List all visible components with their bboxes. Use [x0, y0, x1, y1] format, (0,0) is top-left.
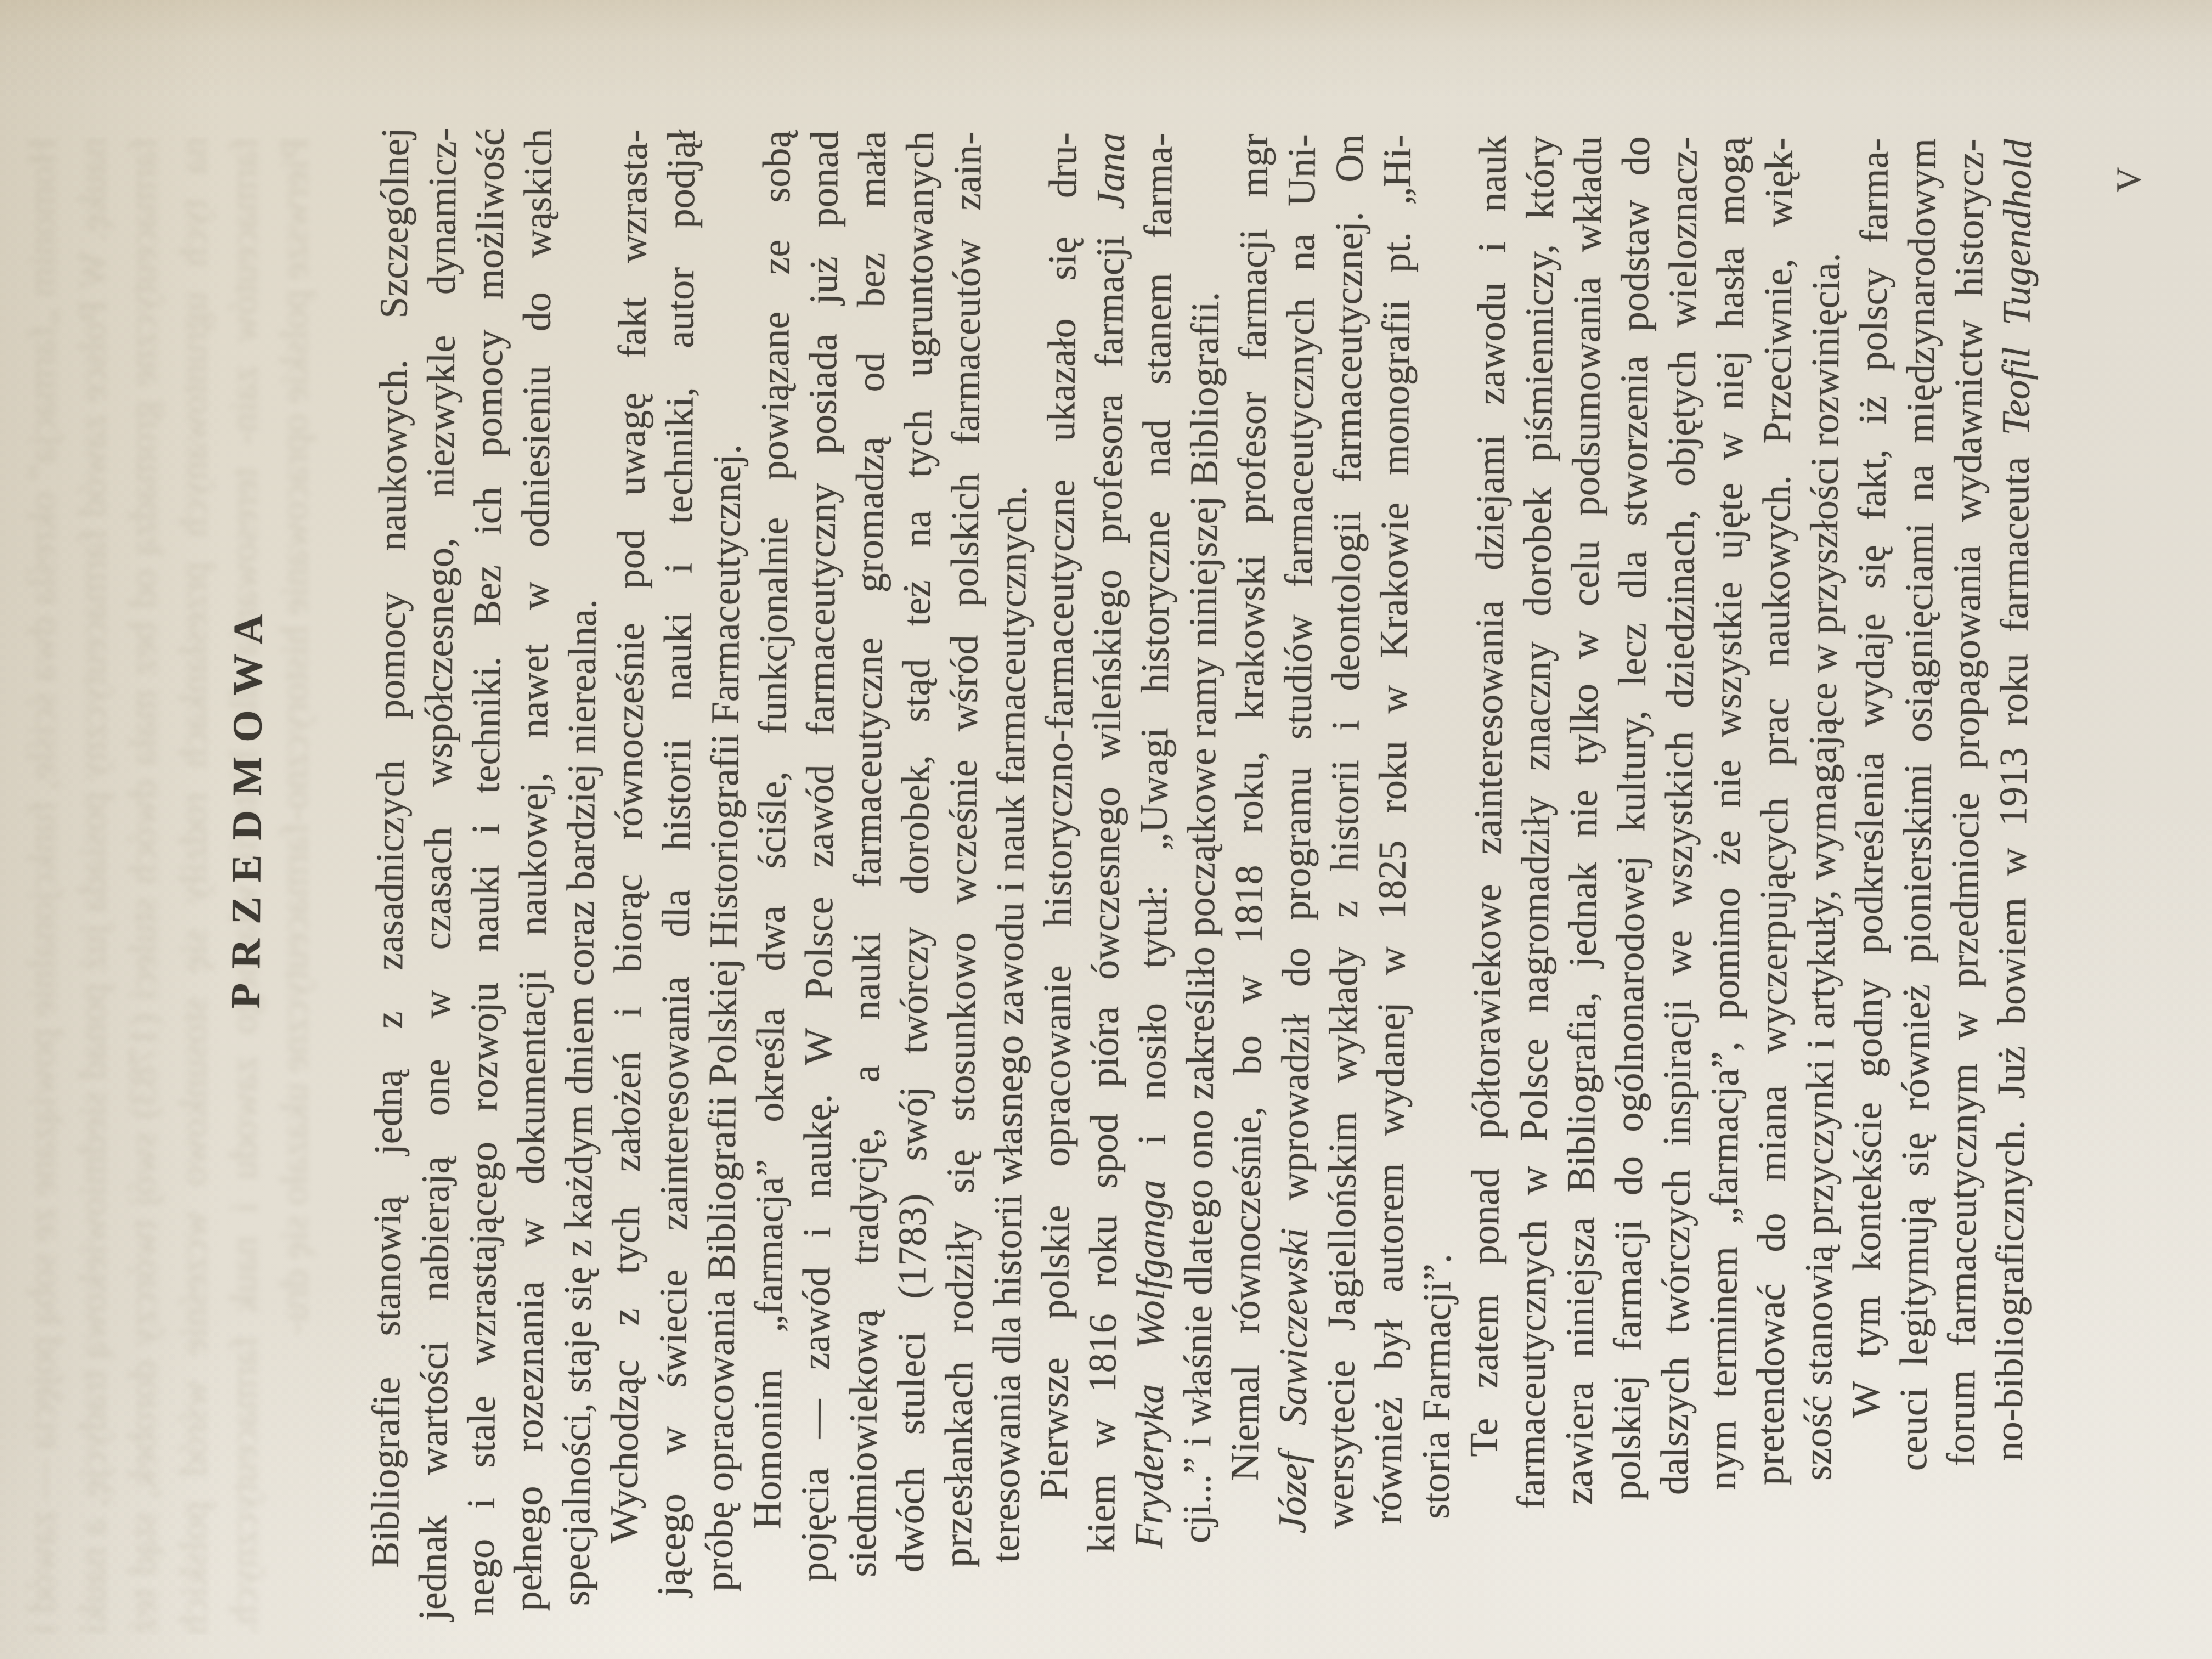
- text-line: pretendować do miana wyczerpujących prac…: [1746, 137, 1803, 1486]
- page-number: V: [2108, 167, 2149, 193]
- text-line: ceuci legitymują się również pionierskim…: [1889, 138, 1946, 1471]
- text-line: szość stanowią przyczynki i artykuły, wy…: [1794, 138, 1851, 1481]
- text-line: no-bibliograficznych. Już bowiem w 1913 …: [1985, 139, 2042, 1462]
- text-line: nym terminem „farmacja”, pomimo że nie w…: [1699, 137, 1756, 1491]
- book-page-photo: Homonim „farmacja” określa dwa ściśle, f…: [0, 0, 2212, 1659]
- page-title: PRZEDMOWA: [213, 126, 280, 1624]
- text-line: Niemal równocześnie, bo w 1818 roku, kra…: [1221, 133, 1278, 1481]
- text-body: Bibliografie stanowią jedną z zasadniczy…: [361, 127, 2042, 1637]
- text-line: W tym kontekście godny podkreślenia wyda…: [1842, 138, 1899, 1419]
- text-line: forum farmaceutycznym w przedmiocie prop…: [1937, 138, 1994, 1466]
- text-line: Te zatem ponad półtorawiekowe zaintereso…: [1460, 135, 1517, 1457]
- book-page: PRZEDMOWA Bibliografie stanowią jedną z …: [181, 126, 2166, 1638]
